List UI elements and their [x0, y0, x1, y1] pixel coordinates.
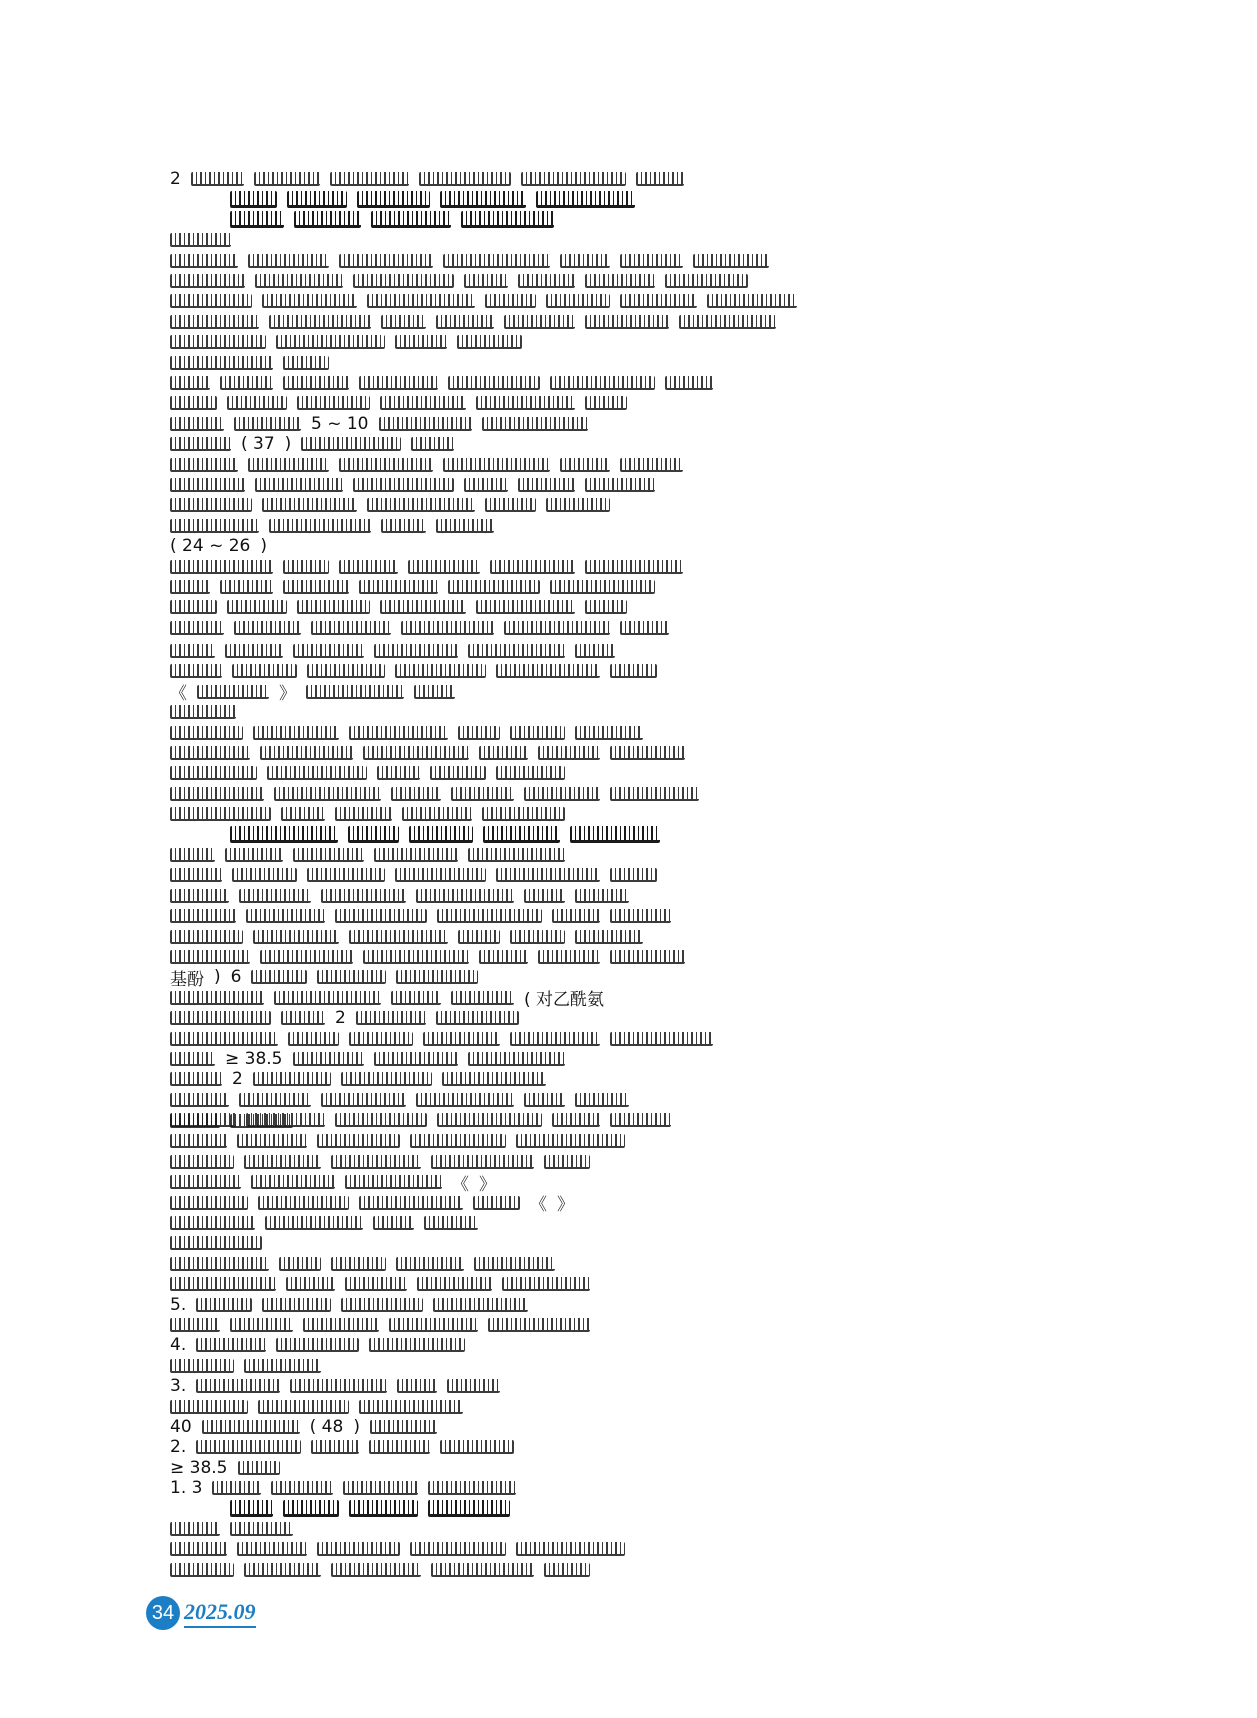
mongolian-word: [197, 685, 269, 699]
mongolian-word: [227, 600, 287, 614]
mongolian-word: [423, 1032, 500, 1046]
mongolian-word: [479, 746, 528, 760]
mongolian-word: [170, 1134, 227, 1148]
mongolian-word: [191, 172, 244, 186]
mongolian-word: [254, 172, 320, 186]
mongolian-word: [369, 1440, 430, 1454]
text-line: 2.: [170, 1436, 524, 1458]
text-line: [170, 783, 709, 805]
mongolian-word: [391, 991, 441, 1005]
mongolian-word: [356, 1011, 426, 1025]
text-line: [170, 1273, 600, 1295]
mongolian-word: [170, 437, 231, 451]
mongolian-word: [451, 787, 514, 801]
mongolian-word: [485, 294, 536, 308]
mongolian-word: [636, 172, 684, 186]
mongolian-word: [585, 274, 655, 288]
mongolian-word: [265, 1216, 363, 1230]
text-line: [170, 1396, 473, 1418]
mongolian-word: [437, 1113, 542, 1127]
mongolian-word: [274, 787, 381, 801]
mongolian-word: [610, 950, 685, 964]
mongolian-word: [665, 274, 748, 288]
mongolian-word: [170, 807, 271, 821]
text-line: [170, 392, 637, 414]
mongolian-word: [331, 1563, 421, 1577]
mongolian-word: [436, 1011, 519, 1025]
text-line: [170, 885, 639, 907]
text-line: [170, 660, 667, 682]
mongolian-word: [560, 458, 610, 472]
mongolian-word: [251, 970, 307, 984]
mongolian-word: [274, 991, 381, 1005]
mongolian-word: [170, 1114, 220, 1128]
mongolian-word: [317, 1542, 400, 1556]
inline-text: 6: [231, 967, 242, 987]
mongolian-word: [490, 560, 575, 574]
mongolian-word: [170, 1542, 227, 1556]
mongolian-word: [170, 848, 215, 862]
text-line: [170, 250, 779, 272]
mongolian-word: [408, 560, 480, 574]
mongolian-word: [170, 1072, 222, 1086]
text-line: 2: [170, 1068, 556, 1090]
section-heading: [230, 824, 670, 846]
inline-text: 5 ~ 10: [311, 414, 369, 434]
mongolian-word: [196, 1440, 301, 1454]
mongolian-word: [457, 335, 522, 349]
mongolian-word: [443, 458, 550, 472]
inline-text: 4.: [170, 1335, 186, 1355]
mongolian-word: [202, 1420, 300, 1434]
text-line: ( 37): [170, 433, 464, 455]
mongolian-word: [170, 1052, 215, 1066]
text-line: [170, 454, 693, 476]
mongolian-word: [380, 396, 466, 410]
mongolian-word: [414, 685, 455, 699]
mongolian-word: [521, 172, 626, 186]
mongolian-word: [610, 909, 671, 923]
mongolian-word: [620, 621, 669, 635]
mongolian-word: [389, 1318, 478, 1332]
text-line: [170, 1232, 272, 1254]
mongolian-word: [170, 726, 243, 740]
mongolian-word: [496, 766, 565, 780]
mongolian-word: [170, 621, 224, 635]
mongolian-word: [258, 1196, 349, 1210]
mongolian-word: [293, 848, 364, 862]
section-heading: [230, 209, 564, 231]
mongolian-word: [476, 600, 575, 614]
mongolian-word: [196, 1298, 252, 1312]
mongolian-word: [170, 254, 238, 268]
mongolian-word: [504, 315, 575, 329]
mongolian-word: [170, 458, 238, 472]
mongolian-word: [679, 315, 776, 329]
mongolian-word: [234, 417, 301, 431]
mongolian-word: [620, 254, 683, 268]
mongolian-word: [170, 1400, 248, 1414]
text-line: [170, 640, 625, 662]
mongolian-word: [359, 580, 438, 594]
mongolian-word: [303, 1318, 379, 1332]
mongolian-word: [380, 600, 466, 614]
mongolian-word: [271, 1481, 333, 1495]
mongolian-word: [281, 1011, 325, 1025]
text-line: [170, 290, 807, 312]
mongolian-word: [339, 458, 433, 472]
text-line: [170, 352, 339, 374]
mongolian-word: [504, 621, 610, 635]
mongolian-word: [262, 1298, 331, 1312]
mongolian-word: [170, 1155, 234, 1169]
mongolian-word: [170, 600, 217, 614]
mongolian-word: [170, 1236, 262, 1250]
mongolian-word: [396, 970, 478, 984]
text-line: 40( 48): [170, 1416, 447, 1438]
inline-text: ): [260, 536, 267, 556]
mongolian-word: [170, 1257, 269, 1271]
text-line: [170, 844, 575, 866]
mongolian-word: [170, 787, 264, 801]
mongolian-word: [544, 1563, 590, 1577]
mongolian-word: [474, 1257, 555, 1271]
mongolian-word: [253, 726, 339, 740]
mongolian-word: [451, 991, 514, 1005]
mongolian-word: [253, 930, 339, 944]
mongolian-word: [276, 1338, 359, 1352]
mongolian-word: [443, 254, 550, 268]
mongolian-word: [464, 274, 508, 288]
mongolian-word: [436, 519, 494, 533]
mongolian-word: [331, 1257, 386, 1271]
mongolian-word: [431, 1155, 534, 1169]
mongolian-word: [255, 274, 343, 288]
inline-text: ( 24 ~ 26: [170, 536, 250, 556]
text-line: [170, 1110, 303, 1132]
mongolian-word: [409, 826, 473, 843]
mongolian-word: [230, 1500, 273, 1517]
mongolian-word: [610, 787, 699, 801]
mongolian-word: [170, 644, 215, 658]
text-line: [170, 742, 695, 764]
mongolian-word: [335, 807, 392, 821]
mongolian-word: [339, 254, 433, 268]
inline-text: 》: [279, 679, 296, 704]
mongolian-word: [246, 909, 325, 923]
mongolian-word: [170, 498, 252, 512]
mongolian-word: [170, 950, 250, 964]
inline-text: ): [285, 434, 292, 454]
mongolian-word: [359, 1196, 463, 1210]
text-line: 5 ~ 10: [170, 413, 598, 435]
mongolian-word: [538, 950, 600, 964]
inline-text: ≥ 38.5: [225, 1049, 283, 1069]
mongolian-word: [307, 664, 385, 678]
mongolian-word: [468, 644, 565, 658]
mongolian-word: [395, 335, 447, 349]
mongolian-word: [442, 1072, 546, 1086]
mongolian-word: [416, 1093, 514, 1107]
mongolian-word: [297, 396, 370, 410]
mongolian-word: [518, 274, 575, 288]
text-line: [170, 1355, 331, 1377]
mongolian-word: [283, 580, 349, 594]
mongolian-word: [244, 1563, 321, 1577]
mongolian-word: [297, 600, 370, 614]
section-heading: [230, 1498, 520, 1520]
mongolian-word: [546, 498, 610, 512]
mongolian-word: [349, 726, 448, 740]
mongolian-word: [248, 458, 329, 472]
mongolian-word: [448, 580, 540, 594]
mongolian-word: [230, 1318, 293, 1332]
inline-text: 《: [530, 1190, 547, 1215]
mongolian-word: [283, 356, 329, 370]
mongolian-word: [170, 519, 259, 533]
mongolian-word: [395, 664, 486, 678]
mongolian-word: [170, 335, 266, 349]
mongolian-word: [293, 1052, 364, 1066]
mongolian-word: [170, 1359, 234, 1373]
inline-text: ( 48: [310, 1417, 344, 1437]
mongolian-word: [367, 294, 475, 308]
mongolian-word: [510, 726, 565, 740]
mongolian-word: [379, 417, 472, 431]
mongolian-word: [461, 211, 554, 228]
page-number-badge: 34: [146, 1596, 180, 1630]
text-line: [170, 1538, 635, 1560]
mongolian-word: [196, 1338, 266, 1352]
mongolian-word: [436, 315, 494, 329]
mongolian-word: [170, 478, 245, 492]
mongolian-word: [170, 1011, 271, 1025]
mongolian-word: [353, 274, 454, 288]
mongolian-word: [170, 1196, 248, 1210]
text-line: [170, 762, 575, 784]
mongolian-word: [170, 1563, 234, 1577]
mongolian-word: [230, 1114, 293, 1128]
text-line: [170, 1151, 600, 1173]
mongolian-word: [170, 766, 257, 780]
mongolian-word: [260, 746, 353, 760]
mongolian-word: [321, 889, 406, 903]
text-line: 《》: [170, 1192, 584, 1214]
mongolian-word: [170, 233, 231, 247]
mongolian-word: [321, 1093, 406, 1107]
mongolian-word: [570, 826, 660, 843]
mongolian-word: [170, 315, 259, 329]
mongolian-word: [402, 807, 472, 821]
mongolian-word: [220, 580, 273, 594]
mongolian-word: [341, 1072, 432, 1086]
text-line: 2: [170, 1007, 529, 1029]
mongolian-word: [306, 685, 404, 699]
mongolian-word: [610, 1032, 713, 1046]
mongolian-word: [170, 417, 224, 431]
text-line: ( 对乙酰氨: [170, 987, 614, 1009]
mongolian-word: [230, 211, 284, 228]
mongolian-word: [307, 868, 385, 882]
mongolian-word: [244, 1155, 321, 1169]
mongolian-word: [396, 1257, 464, 1271]
mongolian-word: [170, 376, 210, 390]
mongolian-word: [416, 889, 514, 903]
mongolian-word: [225, 644, 283, 658]
mongolian-word: [286, 1277, 335, 1291]
mongolian-word: [232, 664, 297, 678]
mongolian-word: [363, 746, 469, 760]
mongolian-word: [276, 335, 385, 349]
mongolian-word: [447, 1379, 500, 1393]
mongolian-word: [431, 1563, 534, 1577]
mongolian-word: [317, 970, 386, 984]
mongolian-word: [620, 458, 683, 472]
mongolian-word: [234, 621, 301, 635]
mongolian-word: [311, 621, 391, 635]
mongolian-word: [339, 560, 398, 574]
mongolian-word: [369, 1338, 465, 1352]
inline-text: 2.: [170, 1437, 186, 1457]
mongolian-word: [430, 766, 486, 780]
mongolian-word: [343, 1481, 418, 1495]
text-line: 2: [170, 168, 694, 190]
mongolian-word: [170, 560, 273, 574]
inline-text: 5.: [170, 1295, 186, 1315]
mongolian-word: [502, 1277, 590, 1291]
mongolian-word: [374, 644, 458, 658]
mongolian-word: [170, 889, 229, 903]
inline-text: 3.: [170, 1376, 186, 1396]
mongolian-word: [170, 746, 250, 760]
mongolian-word: [170, 1175, 241, 1189]
mongolian-word: [428, 1500, 510, 1517]
mongolian-word: [357, 191, 430, 208]
mongolian-word: [170, 356, 273, 370]
mongolian-word: [196, 1379, 280, 1393]
inline-text: 》: [557, 1190, 574, 1215]
mongolian-word: [468, 1052, 565, 1066]
mongolian-word: [496, 868, 600, 882]
text-line: [170, 946, 695, 968]
mongolian-word: [665, 376, 713, 390]
mongolian-word: [253, 1072, 331, 1086]
text-line: [170, 372, 723, 394]
mongolian-word: [518, 478, 575, 492]
mongolian-word: [348, 826, 399, 843]
mongolian-word: [170, 1216, 255, 1230]
mongolian-word: [524, 889, 565, 903]
mongolian-word: [479, 950, 528, 964]
mongolian-word: [391, 787, 441, 801]
mongolian-word: [244, 1359, 321, 1373]
mongolian-word: [610, 746, 685, 760]
mongolian-word: [374, 1052, 458, 1066]
mongolian-word: [170, 274, 245, 288]
mongolian-word: [301, 437, 401, 451]
mongolian-word: [464, 478, 508, 492]
mongolian-word: [560, 254, 610, 268]
mongolian-word: [220, 376, 273, 390]
mongolian-word: [341, 1298, 423, 1312]
text-line: [170, 1212, 488, 1234]
mongolian-word: [170, 1277, 276, 1291]
mongolian-word: [170, 991, 264, 1005]
mongolian-word: [258, 1400, 349, 1414]
mongolian-word: [239, 889, 311, 903]
mongolian-word: [170, 705, 236, 719]
mongolian-word: [424, 1216, 478, 1230]
text-line: [170, 576, 665, 598]
mongolian-word: [585, 315, 669, 329]
mongolian-word: [170, 1522, 220, 1536]
text-line: 《》: [170, 681, 465, 703]
text-line: 1. 3: [170, 1477, 526, 1499]
text-line: [170, 494, 620, 516]
mongolian-word: [283, 560, 329, 574]
mongolian-word: [170, 1093, 229, 1107]
text-line: [170, 1518, 303, 1540]
text-line: 基酚)6: [170, 966, 488, 988]
mongolian-word: [170, 396, 217, 410]
mongolian-word: [693, 254, 769, 268]
text-line: [170, 556, 693, 578]
mongolian-word: [516, 1542, 625, 1556]
inline-text: 40: [170, 1417, 192, 1437]
inline-text: ( 37: [241, 434, 275, 454]
mongolian-word: [227, 396, 287, 410]
mongolian-word: [225, 848, 283, 862]
mongolian-word: [335, 909, 427, 923]
mongolian-word: [349, 930, 448, 944]
mongolian-word: [575, 930, 643, 944]
mongolian-word: [417, 1277, 492, 1291]
mongolian-word: [585, 600, 627, 614]
mongolian-word: [281, 807, 325, 821]
mongolian-word: [251, 1175, 335, 1189]
text-line: [170, 803, 575, 825]
text-line: [170, 1314, 600, 1336]
mongolian-word: [482, 807, 565, 821]
mongolian-word: [524, 787, 600, 801]
text-line: [170, 926, 653, 948]
mongolian-word: [237, 1134, 307, 1148]
mongolian-word: [410, 1542, 506, 1556]
mongolian-word: [349, 1500, 418, 1517]
mongolian-word: [381, 519, 426, 533]
mongolian-word: [267, 766, 367, 780]
mongolian-word: [287, 191, 347, 208]
text-line: ≥ 38.5: [170, 1048, 575, 1070]
mongolian-word: [170, 930, 243, 944]
mongolian-word: [488, 1318, 590, 1332]
mongolian-word: [345, 1175, 442, 1189]
text-line: 《》: [170, 1171, 506, 1193]
mongolian-word: [395, 868, 486, 882]
mongolian-word: [401, 621, 494, 635]
mongolian-word: [585, 478, 655, 492]
mongolian-word: [524, 1093, 565, 1107]
text-line: [170, 474, 665, 496]
text-line: [170, 1089, 639, 1111]
mongolian-word: [170, 664, 222, 678]
mongolian-word: [269, 315, 371, 329]
mongolian-word: [610, 868, 657, 882]
mongolian-word: [575, 1093, 629, 1107]
mongolian-word: [377, 766, 420, 780]
mongolian-word: [288, 1032, 339, 1046]
inline-text: 2: [170, 169, 181, 189]
